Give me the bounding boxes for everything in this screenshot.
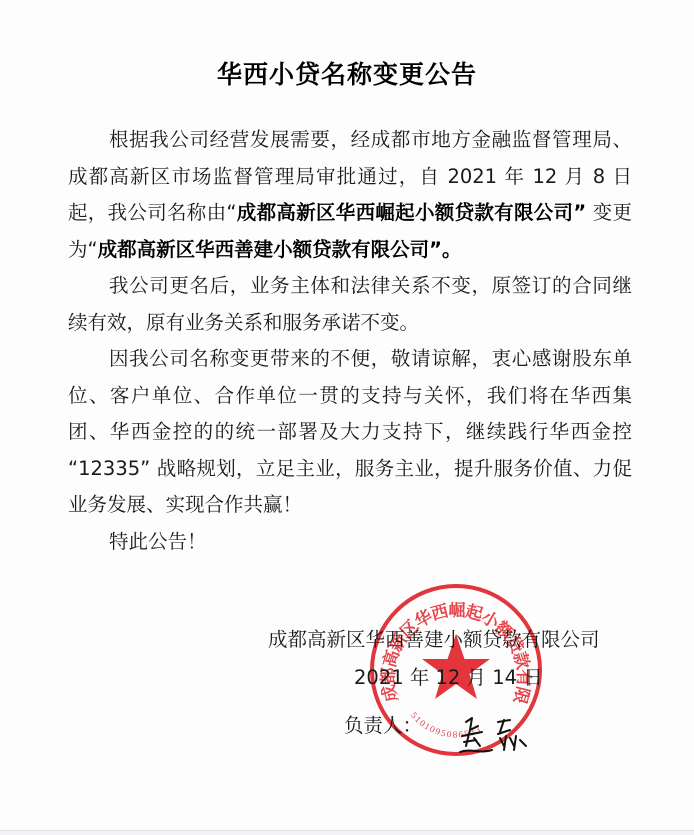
responsible-person-label: 负责人： (344, 710, 422, 738)
quote-open: “ (226, 201, 236, 224)
document-page: 华西小贷名称变更公告 根据我公司经营发展需要，经成都市地方金融监督管理局、成都高… (0, 0, 694, 830)
signature-company-name: 成都高新区华西善建小额贷款有限公司 (268, 624, 600, 652)
old-company-name: 成都高新区华西崛起小额贷款有限公司 (237, 201, 574, 224)
quote-close: ” (573, 201, 586, 224)
paragraph-closing: 特此公告！ (68, 524, 632, 561)
paragraph-legal-continuity: 我公司更名后，业务主体和法律关系不变，原签订的合同继续有效，原有业务关系和服务承… (68, 268, 632, 341)
paragraph-thanks: 因我公司名称变更带来的不便，敬请谅解，衷心感谢股东单位、客户单位、合作单位一贯的… (68, 341, 632, 524)
quote-close: ”。 (429, 238, 461, 261)
quote-open: “ (88, 238, 98, 261)
new-company-name: 成都高新区华西善建小额贷款有限公司 (98, 238, 430, 261)
handwritten-signature (452, 712, 542, 760)
paragraph-text: 我公司更名后，业务主体和法律关系不变，原签订的合同继续有效，原有业务关系和服务承… (68, 274, 632, 334)
paragraph-text: 特此公告！ (109, 530, 207, 553)
paragraph-text: 因我公司名称变更带来的不便，敬请谅解，衷心感谢股东单位、客户单位、合作单位一贯的… (68, 347, 632, 516)
paragraph-name-change: 根据我公司经营发展需要，经成都市地方金融监督管理局、成都高新区市场监督管理局审批… (68, 122, 632, 268)
signature-date: 2021 年 12 月 14 日 (354, 662, 543, 690)
bottom-edge (0, 830, 694, 835)
document-body: 根据我公司经营发展需要，经成都市地方金融监督管理局、成都高新区市场监督管理局审批… (68, 122, 632, 560)
document-title: 华西小贷名称变更公告 (0, 55, 694, 91)
